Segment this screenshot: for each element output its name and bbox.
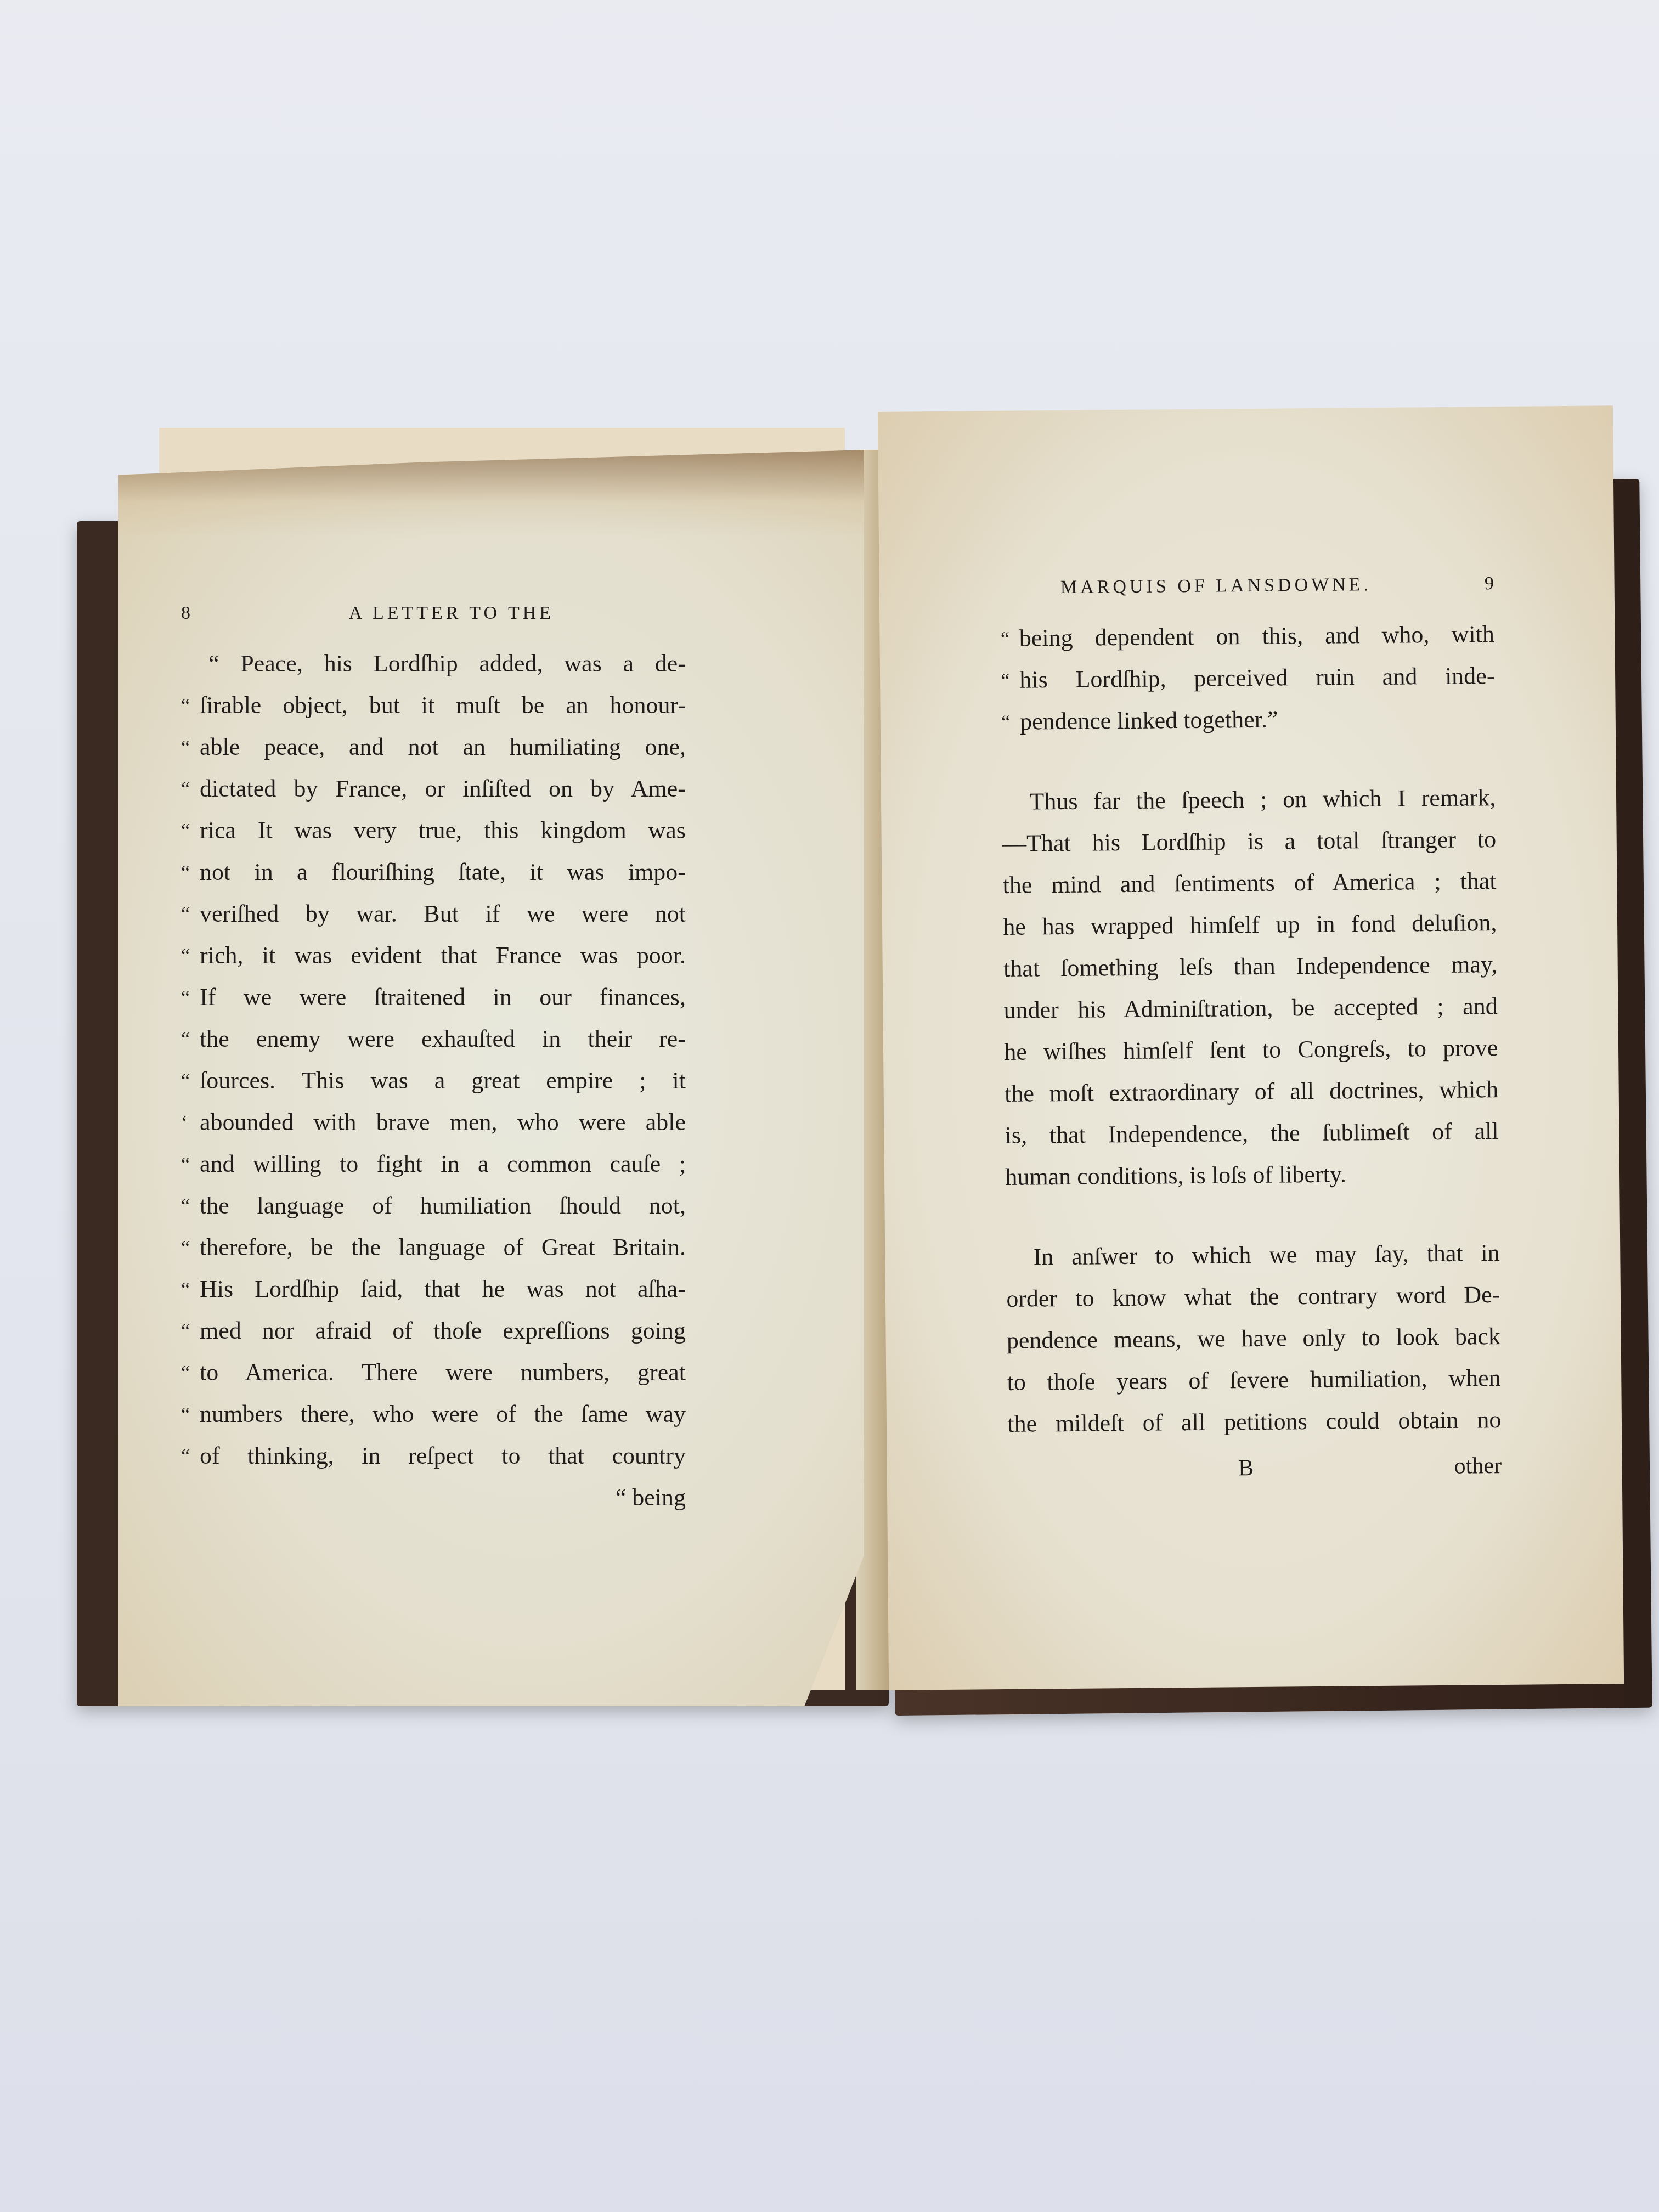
text-line: pendence means, we have only to look bac… [1007, 1316, 1501, 1362]
catchword: “ being [181, 1477, 686, 1519]
text-line: “and willing to fight in a common cauſe … [181, 1143, 686, 1185]
page-number: 8 [181, 592, 190, 634]
text-line: order to know what the contrary word De- [1006, 1274, 1500, 1320]
text-line: to thoſe years of ſevere humiliation, wh… [1007, 1357, 1501, 1403]
text-line: “to America. There were numbers, great [181, 1352, 686, 1393]
text-line: “numbers there, who were of the ſame way [181, 1393, 686, 1435]
text-line: “dictated by France, or inſiſted on by A… [181, 768, 686, 810]
text-line: Thus far the ſpeech ; on which I remark, [1002, 777, 1496, 823]
text-line: “the language of humiliation ſhould not, [181, 1185, 686, 1227]
text-line: “being dependent on this, and who, with [1000, 613, 1494, 659]
text-line: “rich, it was evident that France was po… [181, 935, 686, 977]
text-line: “pendence linked together.” [1001, 697, 1496, 743]
text-line: is, that Independence, the ſublimeſt of … [1005, 1110, 1499, 1156]
right-page-text: MARQUIS OF LANSDOWNE. 9 “being dependent… [1000, 563, 1502, 1491]
text-line: the mildeſt of all petitions could obtai… [1007, 1399, 1502, 1445]
text-line: “able peace, and not an humiliating one, [181, 726, 686, 768]
text-line: under his Adminiſtration, be accepted ; … [1003, 985, 1498, 1031]
text-line: “rica It was very true, this kingdom was [181, 810, 686, 851]
catchword: other [1454, 1445, 1502, 1487]
text-line: “med nor afraid of thoſe expreſſions goi… [181, 1310, 686, 1352]
signature-mark: B [1238, 1447, 1254, 1489]
text-line: “not in a flouriſhing ſtate, it was impo… [181, 851, 686, 893]
text-line: In anſwer to which we may ſay, that in [1006, 1232, 1500, 1278]
text-line: ‘abounded with brave men, who were able [181, 1102, 686, 1143]
text-line: “of thinking, in reſpect to that country [181, 1435, 686, 1477]
text-line: “veriſhed by war. But if we were not [181, 893, 686, 935]
page-footer: B other [1008, 1445, 1502, 1491]
text-line: “his Lordſhip, perceived ruin and inde- [1001, 655, 1495, 701]
text-line: “If we were ſtraitened in our finances, [181, 977, 686, 1018]
left-running-head: 8 A LETTER TO THE [181, 592, 686, 634]
left-page-text: 8 A LETTER TO THE “ Peace, his Lordſhip … [181, 592, 686, 1519]
text-line: —That his Lordſhip is a total ſtranger t… [1002, 819, 1497, 865]
text-line: human conditions, is loſs of liberty. [1005, 1152, 1499, 1198]
right-running-head: MARQUIS OF LANSDOWNE. 9 [1000, 563, 1494, 609]
text-line: “ſources. This was a great empire ; it [181, 1060, 686, 1102]
running-head-title: A LETTER TO THE [349, 592, 554, 634]
text-line: “ſirable object, but it muſt be an honou… [181, 685, 686, 726]
text-line: “the enemy were exhauſted in their re- [181, 1018, 686, 1060]
text-line: “ Peace, his Lordſhip added, was a de- [181, 643, 686, 685]
text-line: he wiſhes himſelf ſent to Congreſs, to p… [1004, 1027, 1498, 1073]
text-line: that ſomething leſs than Independence ma… [1003, 944, 1498, 990]
page-number: 9 [1485, 563, 1494, 605]
running-head-title: MARQUIS OF LANSDOWNE. [1060, 564, 1372, 608]
text-line: he has wrapped himſelf up in fond deluſi… [1003, 902, 1497, 948]
text-line: the mind and ſentiments of America ; tha… [1002, 860, 1497, 906]
text-line: “therefore, be the language of Great Bri… [181, 1227, 686, 1268]
text-line: the moſt extraordinary of all doctrines,… [1005, 1069, 1499, 1115]
text-line: “His Lordſhip ſaid, that he was not aſha… [181, 1268, 686, 1310]
